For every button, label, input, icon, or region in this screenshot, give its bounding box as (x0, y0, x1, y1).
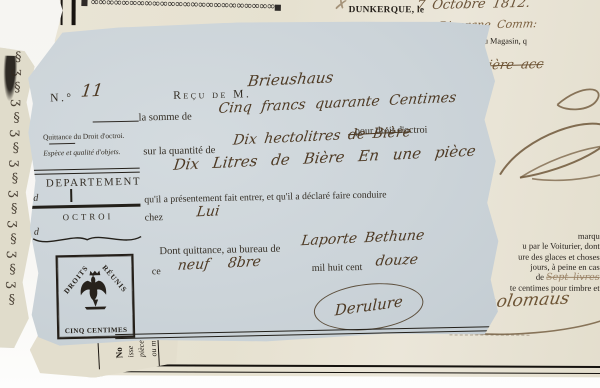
scrap-word: No (114, 347, 125, 359)
handwritten-quantity-2: Dix Litres de Bière En une pièce (172, 142, 476, 174)
espece-side-label: Espèce et qualité d'objets. (43, 147, 120, 158)
handwritten-payer-name: Brieushaus (247, 68, 335, 90)
mil-huit-cent-label: mil huit cent (312, 262, 363, 274)
handwritten-day-month: neuf 8bre (177, 254, 262, 274)
quantity-kept: Dix hectolitres (232, 128, 341, 149)
handwritten-bureau: Laporte Bethune (300, 227, 425, 249)
receipt-signature: Derulure (334, 292, 403, 319)
quittance-side-label: Quittance du Droit d'octroi. (43, 131, 125, 142)
revenue-stamp: DROITS RÉUNIS CINQ CENTIMES (55, 254, 135, 340)
somme-label: la somme de (139, 111, 192, 123)
departement-d: d (33, 193, 38, 204)
thick-rule (30, 204, 140, 209)
octroi-receipt: N.° 11 Reçu de M. Brieushaus la somme de… (25, 17, 502, 347)
departement-label: DEPARTEMENT (46, 176, 141, 190)
photo-backdrop: ■∞∞∞∞∞∞∞∞∞∞∞∞∞∞∞∞∞∞∞∞∞∞∞∞■ ✗ DUNKERQUE, … (0, 0, 600, 388)
ce-label: ce (152, 266, 161, 277)
scrap-word: isse (126, 345, 136, 357)
handwritten-year: douze (375, 252, 419, 270)
octroi-label: OCTROI (63, 211, 114, 222)
weight-prefix: de (536, 272, 544, 282)
chez-label: chez (145, 212, 164, 223)
imperial-eagle-icon (77, 268, 114, 313)
quantity-struck: de Bière (347, 124, 412, 143)
swash-brace (31, 231, 143, 249)
fill-in-rule (93, 121, 139, 123)
double-rule (32, 168, 140, 175)
entrer-line: qu'il a présentement fait entrer, et qu'… (144, 189, 386, 205)
pen-tick (70, 189, 72, 202)
handwritten-amount: Cinq francs quarante Centimes (217, 90, 457, 117)
number-label: N.° (50, 92, 74, 104)
side-underline (49, 143, 75, 145)
handwritten-number: 11 (80, 81, 104, 102)
handwritten-chez: Lui (196, 203, 221, 220)
handwritten-weight: Sept livres (546, 272, 600, 283)
